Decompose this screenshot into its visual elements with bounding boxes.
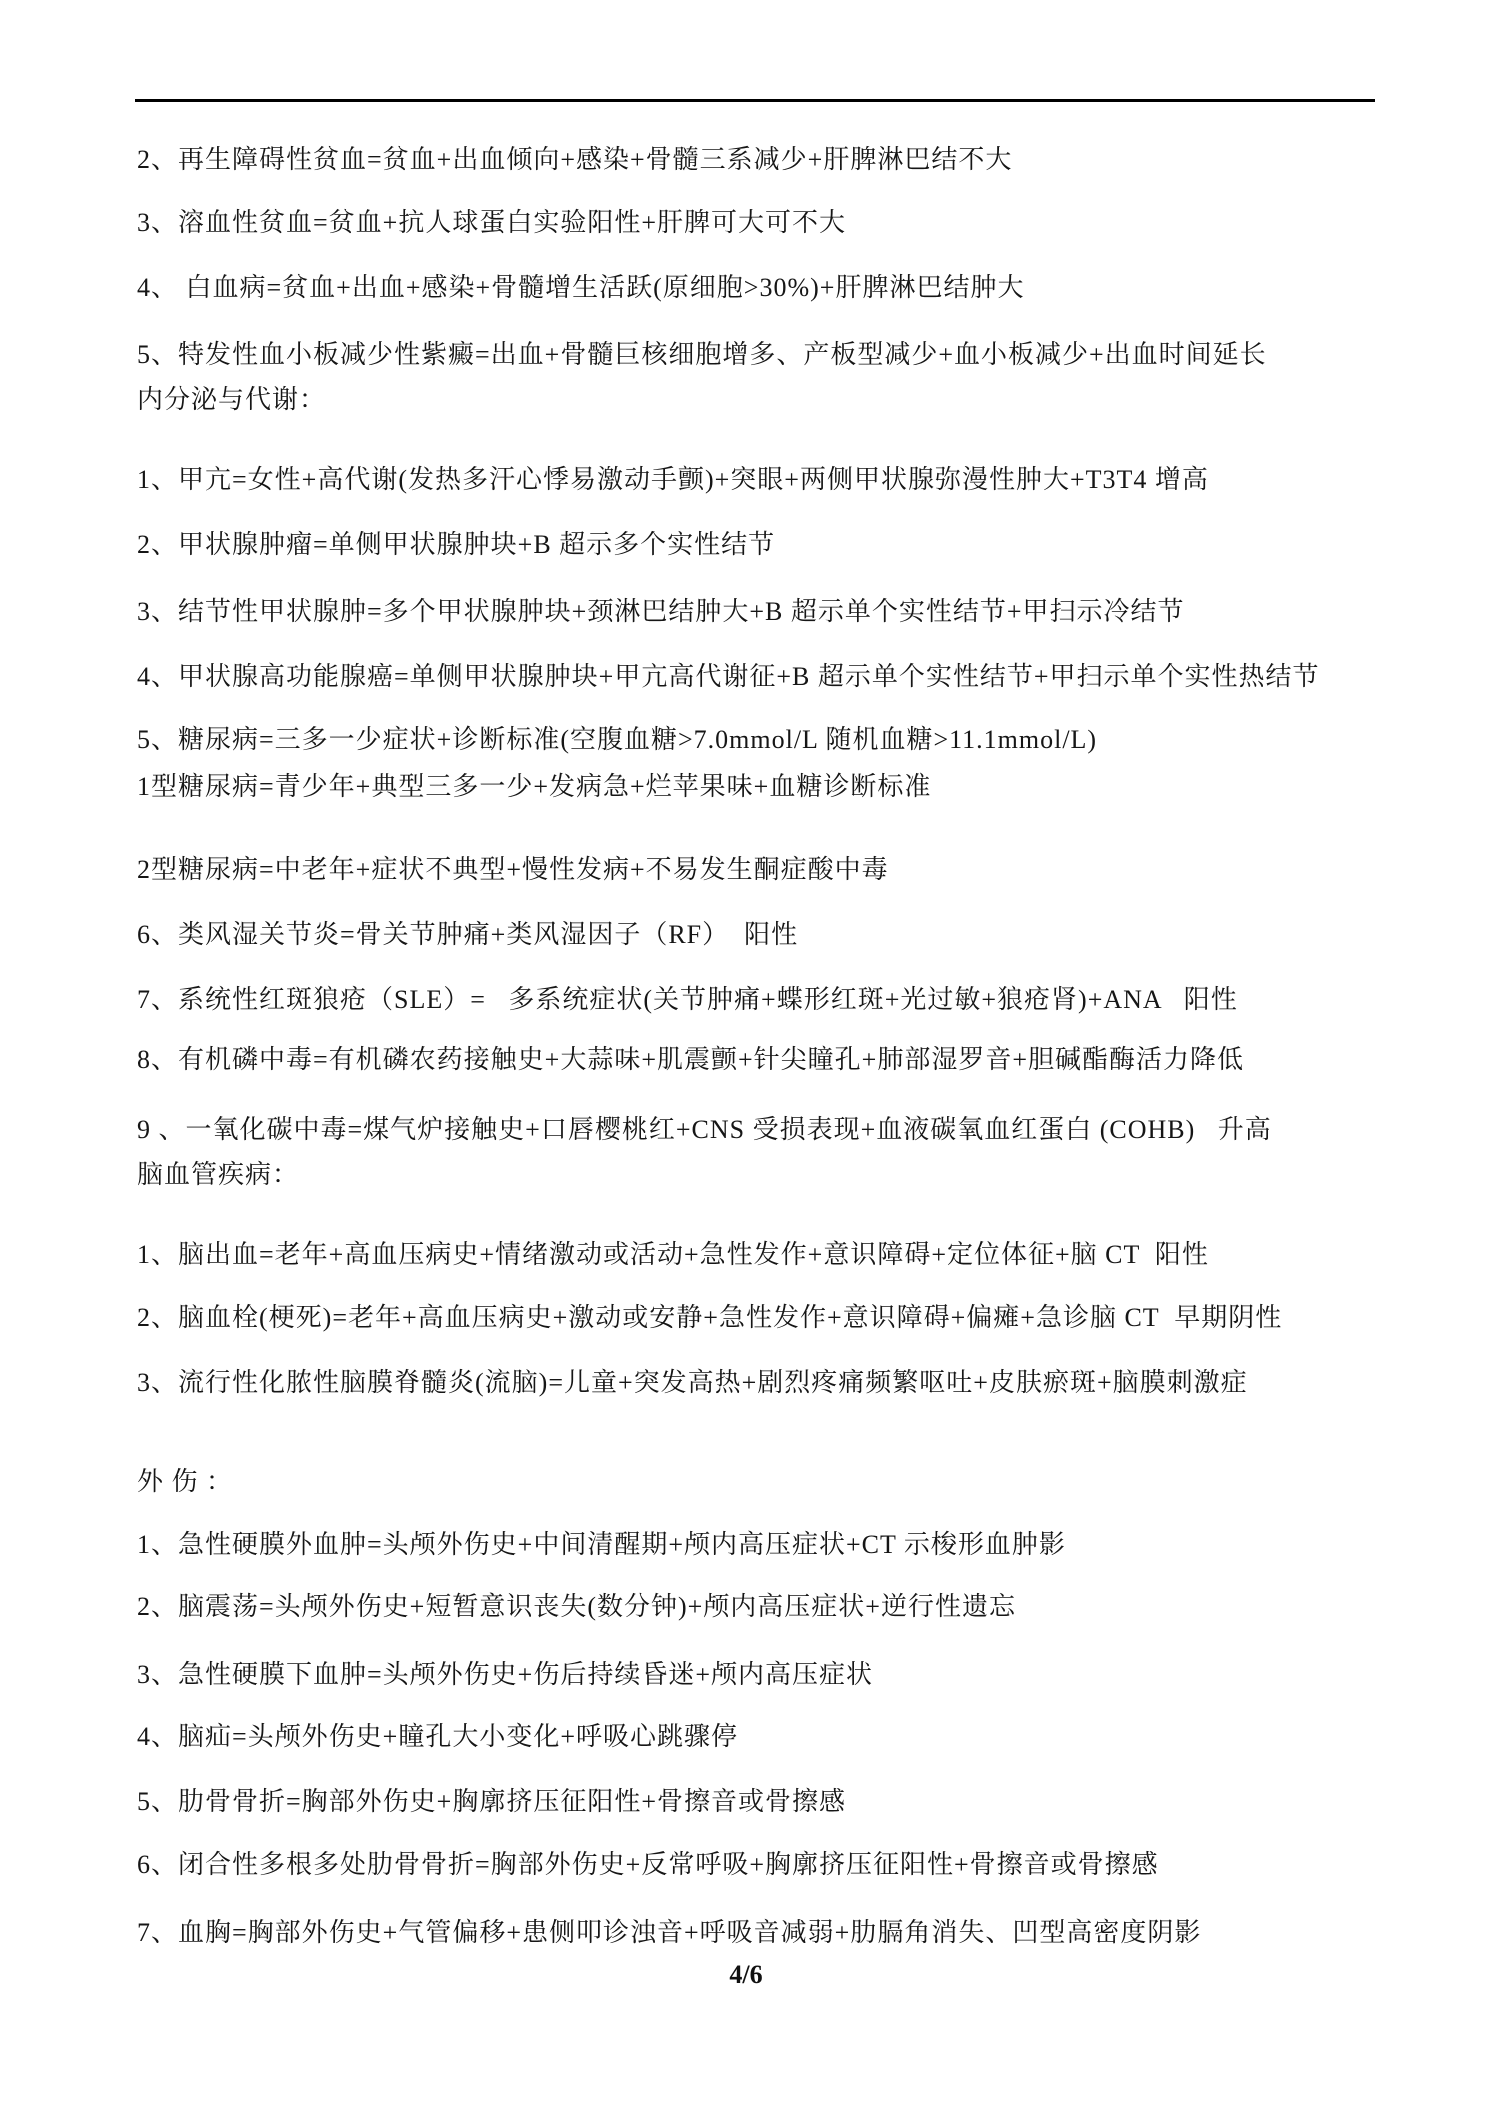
text-line: 7、血胸=胸部外伤史+气管偏移+患侧叩诊浊音+呼吸音减弱+肋膈角消失、凹型高密度… <box>137 1913 1457 1953</box>
text-line: 2、甲状腺肿瘤=单侧甲状腺肿块+B 超示多个实性结节 <box>137 525 1457 565</box>
text-line: 6、闭合性多根多处肋骨骨折=胸部外伤史+反常呼吸+胸廓挤压征阳性+骨擦音或骨擦感 <box>137 1845 1457 1885</box>
text-line: 8、有机磷中毒=有机磷农药接触史+大蒜味+肌震颤+针尖瞳孔+肺部湿罗音+胆碱酯酶… <box>137 1040 1457 1080</box>
text-line: 4、甲状腺高功能腺癌=单侧甲状腺肿块+甲亢高代谢征+B 超示单个实性结节+甲扫示… <box>137 657 1457 697</box>
text-line: 4、 白血病=贫血+出血+感染+骨髓增生活跃(原细胞>30%)+肝脾淋巴结肿大 <box>137 268 1457 308</box>
text-line: 1、急性硬膜外血肿=头颅外伤史+中间清醒期+颅内高压症状+CT 示梭形血肿影 <box>137 1525 1457 1565</box>
text-line: 7、系统性红斑狼疮（SLE）= 多系统症状(关节肿痛+蝶形红斑+光过敏+狼疮肾)… <box>137 980 1457 1020</box>
header-rule <box>135 99 1375 102</box>
text-line: 3、结节性甲状腺肿=多个甲状腺肿块+颈淋巴结肿大+B 超示单个实性结节+甲扫示冷… <box>137 592 1457 632</box>
text-line: 3、溶血性贫血=贫血+抗人球蛋白实验阳性+肝脾可大可不大 <box>137 203 1457 243</box>
text-line: 2、脑震荡=头颅外伤史+短暂意识丧失(数分钟)+颅内高压症状+逆行性遗忘 <box>137 1587 1457 1627</box>
text-line: 6、类风湿关节炎=骨关节肿痛+类风湿因子（RF） 阳性 <box>137 915 1457 955</box>
text-line: 1、甲亢=女性+高代谢(发热多汗心悸易激动手颤)+突眼+两侧甲状腺弥漫性肿大+T… <box>137 460 1457 500</box>
text-line: 脑血管疾病： <box>137 1155 1457 1195</box>
text-line: 1型糖尿病=青少年+典型三多一少+发病急+烂苹果味+血糖诊断标准 <box>137 767 1457 807</box>
text-line: 内分泌与代谢： <box>137 380 1457 420</box>
text-line: 3、急性硬膜下血肿=头颅外伤史+伤后持续昏迷+颅内高压症状 <box>137 1655 1457 1695</box>
text-line: 4、脑疝=头颅外伤史+瞳孔大小变化+呼吸心跳骤停 <box>137 1717 1457 1757</box>
document-page: 2、再生障碍性贫血=贫血+出血倾向+感染+骨髓三系减少+肝脾淋巴结不大3、溶血性… <box>0 0 1492 2112</box>
text-line: 外 伤 ： <box>137 1462 1457 1502</box>
text-line: 2、脑血栓(梗死)=老年+高血压病史+激动或安静+急性发作+意识障碍+偏瘫+急诊… <box>137 1298 1457 1338</box>
text-line: 1、脑出血=老年+高血压病史+情绪激动或活动+急性发作+意识障碍+定位体征+脑 … <box>137 1235 1457 1275</box>
text-line: 5、肋骨骨折=胸部外伤史+胸廓挤压征阳性+骨擦音或骨擦感 <box>137 1782 1457 1822</box>
text-line: 5、糖尿病=三多一少症状+诊断标准(空腹血糖>7.0mmol/L 随机血糖>11… <box>137 720 1457 760</box>
text-line: 9 、一氧化碳中毒=煤气炉接触史+口唇樱桃红+CNS 受损表现+血液碳氧血红蛋白… <box>137 1110 1457 1150</box>
text-line: 2型糖尿病=中老年+症状不典型+慢性发病+不易发生酮症酸中毒 <box>137 850 1457 890</box>
text-line: 3、流行性化脓性脑膜脊髓炎(流脑)=儿童+突发高热+剧烈疼痛频繁呕吐+皮肤瘀斑+… <box>137 1363 1457 1403</box>
text-line: 5、特发性血小板减少性紫癜=出血+骨髓巨核细胞增多、产板型减少+血小板减少+出血… <box>137 335 1457 375</box>
page-number: 4/6 <box>0 1955 1492 1995</box>
text-line: 2、再生障碍性贫血=贫血+出血倾向+感染+骨髓三系减少+肝脾淋巴结不大 <box>137 140 1457 180</box>
